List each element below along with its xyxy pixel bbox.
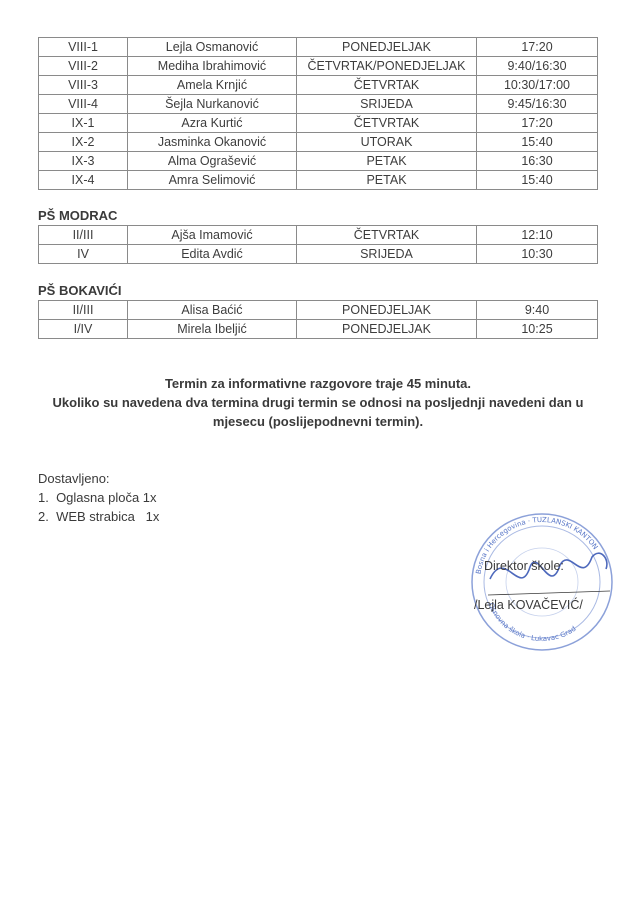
time-cell: 10:30 bbox=[477, 245, 598, 264]
class-cell: IX-3 bbox=[39, 152, 128, 171]
school-stamp-icon: Bosna i Hercegovina · TUZLANSKI KANTON O… bbox=[460, 507, 625, 657]
time-cell: 17:20 bbox=[477, 114, 598, 133]
class-cell: IX-1 bbox=[39, 114, 128, 133]
time-cell: 16:30 bbox=[477, 152, 598, 171]
class-cell: IV bbox=[39, 245, 128, 264]
day-cell: PONEDJELJAK bbox=[297, 301, 477, 320]
time-cell: 9:45/16:30 bbox=[477, 95, 598, 114]
note-duration: Termin za informativne razgovore traje 4… bbox=[0, 374, 636, 393]
teacher-cell: Alma Ograšević bbox=[128, 152, 297, 171]
day-cell: ČETVRTAK/PONEDJELJAK bbox=[297, 57, 477, 76]
delivery-item: 2. WEB strabica 1x bbox=[38, 507, 159, 526]
signature-role: Direktor škole: bbox=[484, 559, 564, 573]
delivery-item: 1. Oglasna ploča 1x bbox=[38, 488, 159, 507]
teacher-cell: Amra Selimović bbox=[128, 171, 297, 190]
class-cell: VIII-1 bbox=[39, 38, 128, 57]
class-cell: II/III bbox=[39, 301, 128, 320]
table-row: II/IIIAlisa BaćićPONEDJELJAK9:40 bbox=[39, 301, 598, 320]
table-row: VIII-2Mediha IbrahimovićČETVRTAK/PONEDJE… bbox=[39, 57, 598, 76]
teacher-cell: Ajša Imamović bbox=[128, 226, 297, 245]
day-cell: ČETVRTAK bbox=[297, 76, 477, 95]
teacher-cell: Azra Kurtić bbox=[128, 114, 297, 133]
delivery-list: Dostavljeno: 1. Oglasna ploča 1x 2. WEB … bbox=[38, 469, 159, 526]
class-cell: IX-2 bbox=[39, 133, 128, 152]
teacher-cell: Jasminka Okanović bbox=[128, 133, 297, 152]
day-cell: PONEDJELJAK bbox=[297, 38, 477, 57]
teacher-cell: Amela Krnjić bbox=[128, 76, 297, 95]
time-cell: 15:40 bbox=[477, 133, 598, 152]
teacher-cell: Edita Avdić bbox=[128, 245, 297, 264]
class-cell: II/III bbox=[39, 226, 128, 245]
time-cell: 15:40 bbox=[477, 171, 598, 190]
day-cell: PETAK bbox=[297, 171, 477, 190]
table-row: IVEdita AvdićSRIJEDA10:30 bbox=[39, 245, 598, 264]
class-cell: I/IV bbox=[39, 320, 128, 339]
delivery-title: Dostavljeno: bbox=[38, 469, 159, 488]
class-cell: VIII-4 bbox=[39, 95, 128, 114]
table-row: I/IVMirela IbeljićPONEDJELJAK10:25 bbox=[39, 320, 598, 339]
day-cell: UTORAK bbox=[297, 133, 477, 152]
section-title-modrac: PŠ MODRAC bbox=[38, 208, 117, 223]
table-row: IX-4Amra SelimovićPETAK15:40 bbox=[39, 171, 598, 190]
table-row: II/IIIAjša ImamovićČETVRTAK12:10 bbox=[39, 226, 598, 245]
bokavici-schedule-table: II/IIIAlisa BaćićPONEDJELJAK9:40I/IVMire… bbox=[38, 300, 598, 339]
table-row: VIII-3Amela KrnjićČETVRTAK10:30/17:00 bbox=[39, 76, 598, 95]
teacher-cell: Lejla Osmanović bbox=[128, 38, 297, 57]
note-afternoon: mjesecu (poslijepodnevni termin). bbox=[0, 412, 636, 431]
table-row: VIII-4Šejla NurkanovićSRIJEDA9:45/16:30 bbox=[39, 95, 598, 114]
table-row: IX-1Azra KurtićČETVRTAK17:20 bbox=[39, 114, 598, 133]
main-schedule-table: VIII-1Lejla OsmanovićPONEDJELJAK17:20VII… bbox=[38, 37, 598, 190]
signature-name: /Lejla KOVAČEVIĆ/ bbox=[474, 598, 583, 612]
day-cell: SRIJEDA bbox=[297, 95, 477, 114]
day-cell: ČETVRTAK bbox=[297, 226, 477, 245]
time-cell: 17:20 bbox=[477, 38, 598, 57]
class-cell: VIII-2 bbox=[39, 57, 128, 76]
section-title-bokavici: PŠ BOKAVIĆI bbox=[38, 283, 122, 298]
table-row: IX-3Alma OgraševićPETAK16:30 bbox=[39, 152, 598, 171]
modrac-schedule-table: II/IIIAjša ImamovićČETVRTAK12:10IVEdita … bbox=[38, 225, 598, 264]
time-cell: 12:10 bbox=[477, 226, 598, 245]
time-cell: 10:25 bbox=[477, 320, 598, 339]
note-two-terms: Ukoliko su navedena dva termina drugi te… bbox=[0, 393, 636, 412]
day-cell: PONEDJELJAK bbox=[297, 320, 477, 339]
class-cell: VIII-3 bbox=[39, 76, 128, 95]
teacher-cell: Mirela Ibeljić bbox=[128, 320, 297, 339]
day-cell: PETAK bbox=[297, 152, 477, 171]
teacher-cell: Šejla Nurkanović bbox=[128, 95, 297, 114]
day-cell: SRIJEDA bbox=[297, 245, 477, 264]
class-cell: IX-4 bbox=[39, 171, 128, 190]
time-cell: 9:40 bbox=[477, 301, 598, 320]
teacher-cell: Mediha Ibrahimović bbox=[128, 57, 297, 76]
table-row: IX-2Jasminka OkanovićUTORAK15:40 bbox=[39, 133, 598, 152]
day-cell: ČETVRTAK bbox=[297, 114, 477, 133]
time-cell: 9:40/16:30 bbox=[477, 57, 598, 76]
table-row: VIII-1Lejla OsmanovićPONEDJELJAK17:20 bbox=[39, 38, 598, 57]
teacher-cell: Alisa Baćić bbox=[128, 301, 297, 320]
time-cell: 10:30/17:00 bbox=[477, 76, 598, 95]
